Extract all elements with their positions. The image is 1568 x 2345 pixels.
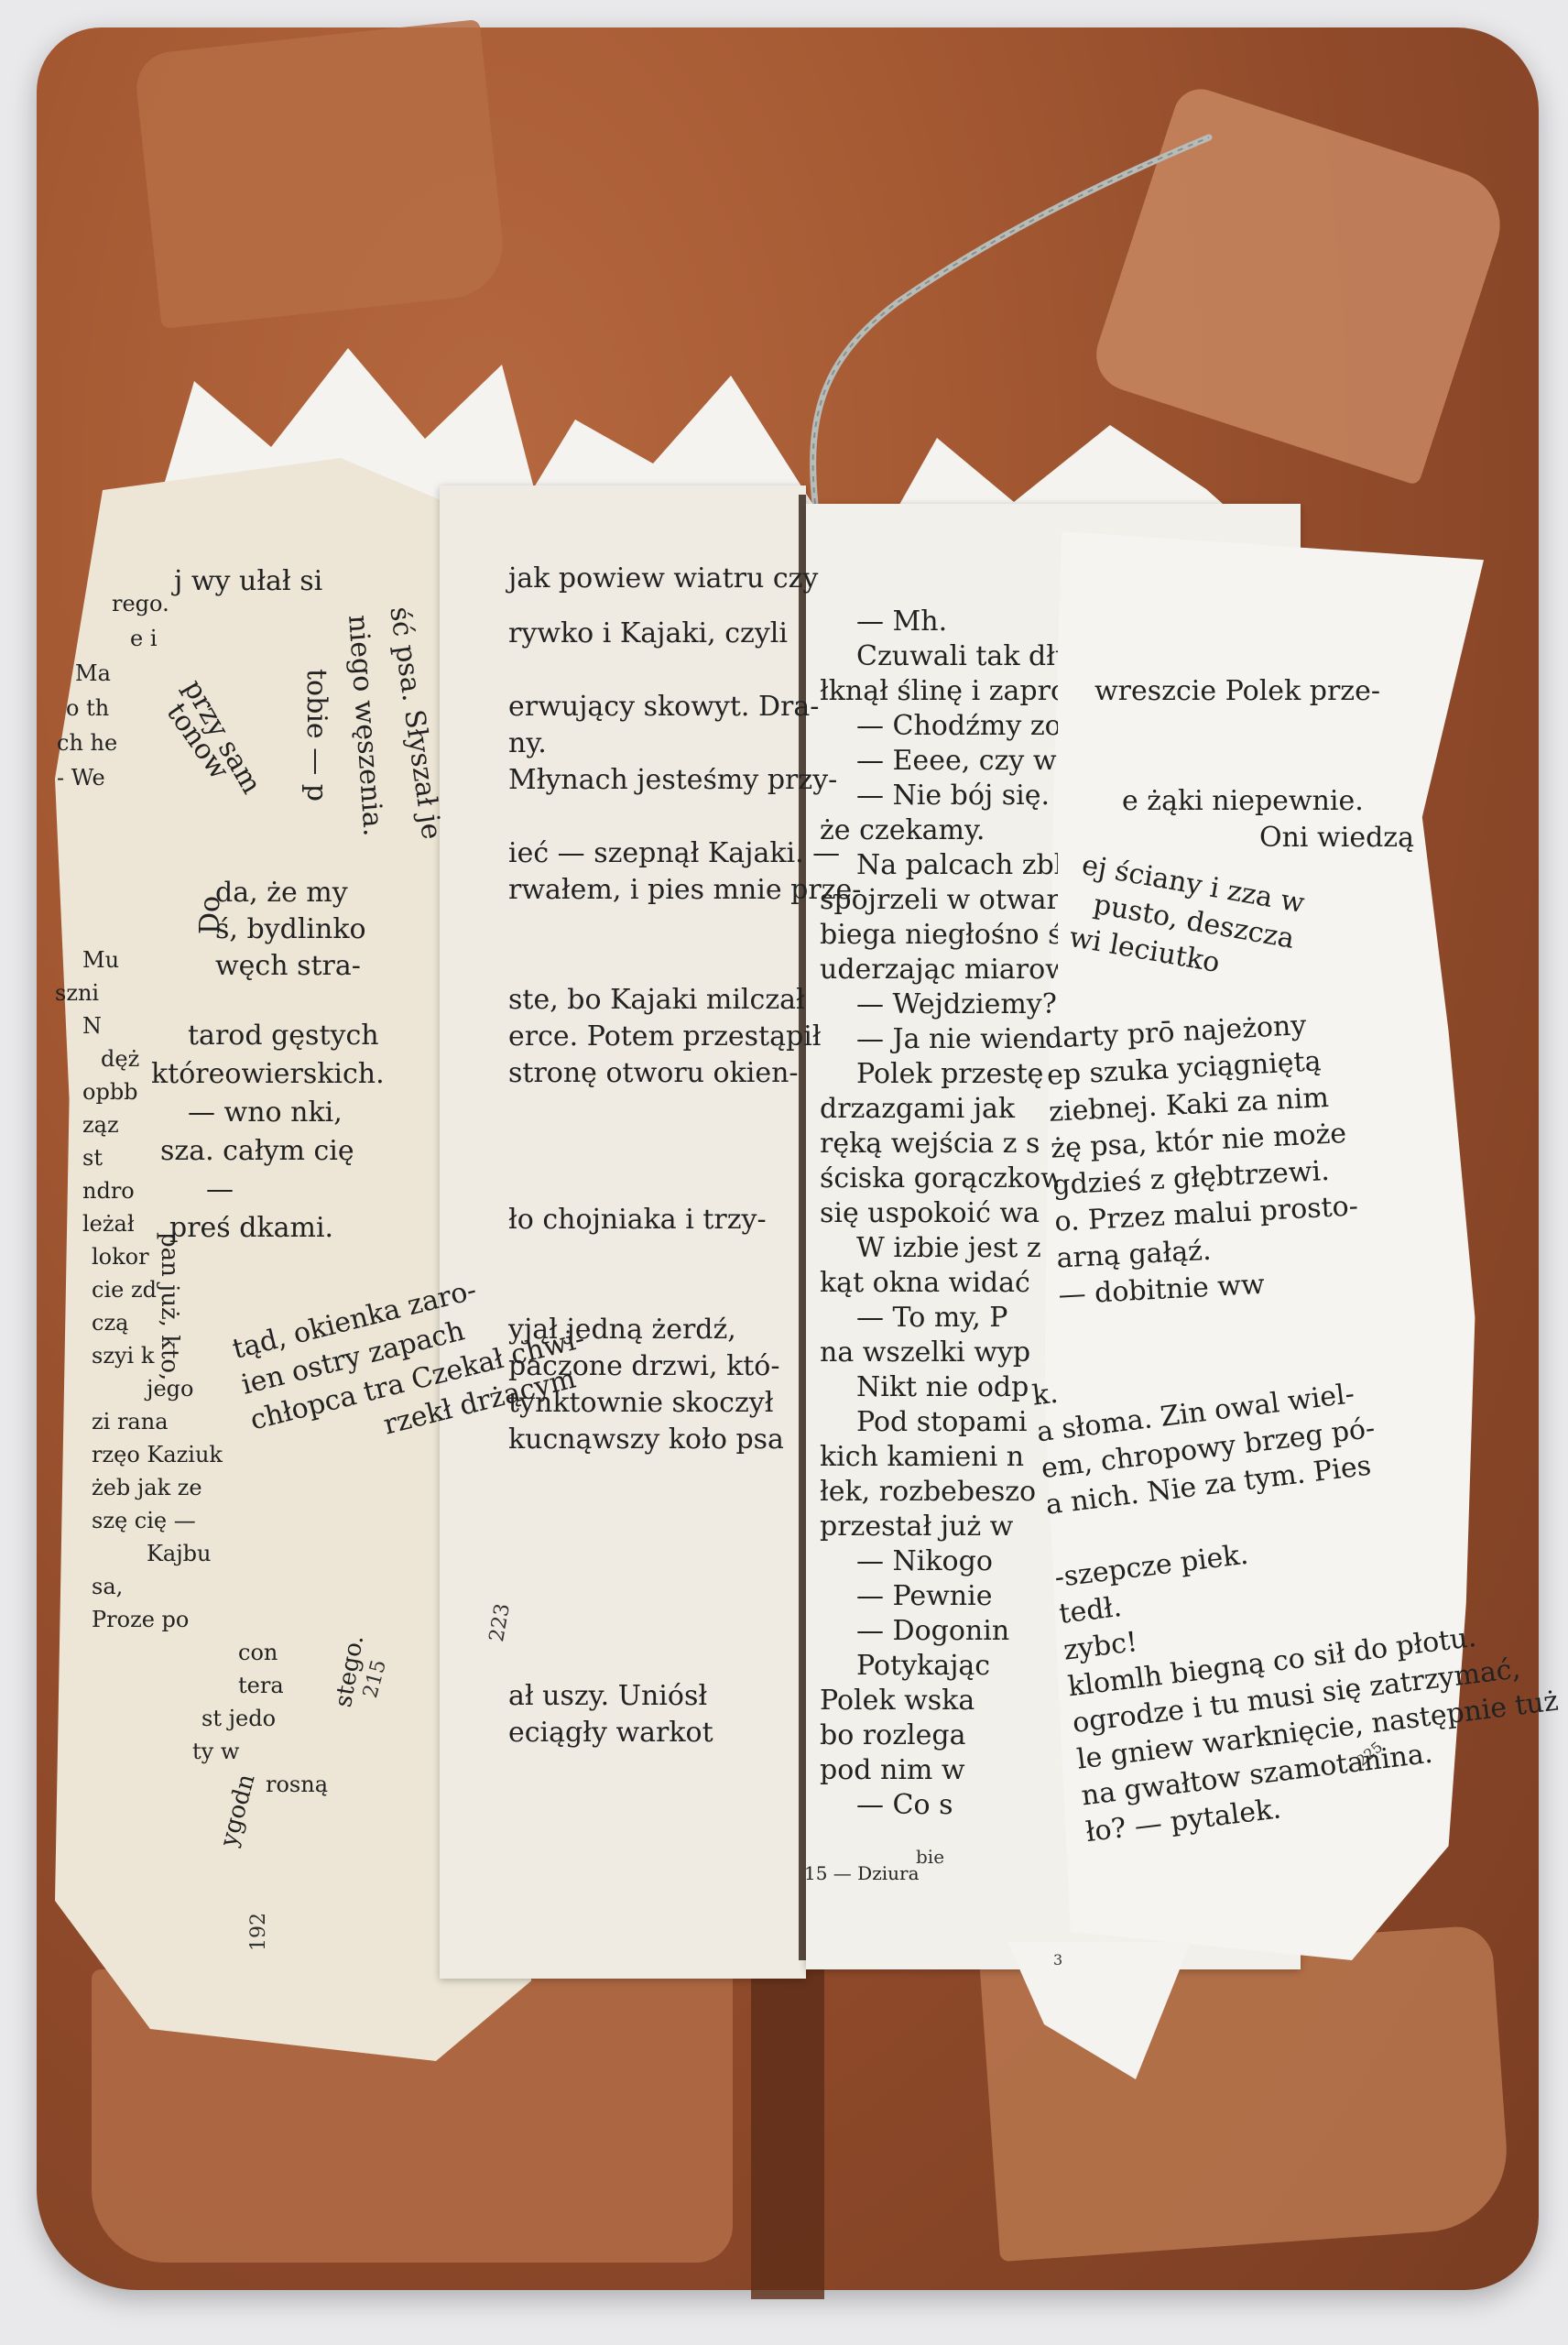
left-fragment-top-row: j wy ułał si	[174, 563, 322, 600]
overlay-text-low: k. a słoma. Zin owal wiel- em, chropowy …	[1030, 1320, 1568, 1852]
left-fragment-left-column: rego. e i Ma o th ch he - We	[57, 586, 169, 795]
left-fragment-vertical-3: tobie — p	[298, 669, 334, 802]
fragment-footer: bie	[916, 1846, 944, 1868]
overlay-text-top: wreszcie Polek prze- e żąki niepewnie. O…	[1094, 673, 1414, 856]
left-fragment-vertical-pan: pan już, kto,	[151, 1232, 188, 1380]
overlay-text-mid: darty prō najeżony ep szuka yciągniętą z…	[1044, 1006, 1363, 1314]
left-fragment-vertical-dow: Do	[192, 896, 229, 934]
right-page-footer: 15 — Dziura	[804, 1855, 920, 1892]
page-number-192: 192	[247, 1913, 270, 1951]
kraft-fold-top-left	[133, 19, 507, 329]
kraft-shadow-center	[751, 1969, 824, 2299]
string-tie	[788, 119, 1246, 513]
left-page-text: jak powiew wiatru czy rywko i Kajaki, cz…	[508, 561, 811, 1751]
right-page-text: — Mh. Czuwali tak dłu łknął ślinę i zapr…	[820, 605, 1058, 1823]
page-number-partial: 3	[1053, 1951, 1062, 1969]
